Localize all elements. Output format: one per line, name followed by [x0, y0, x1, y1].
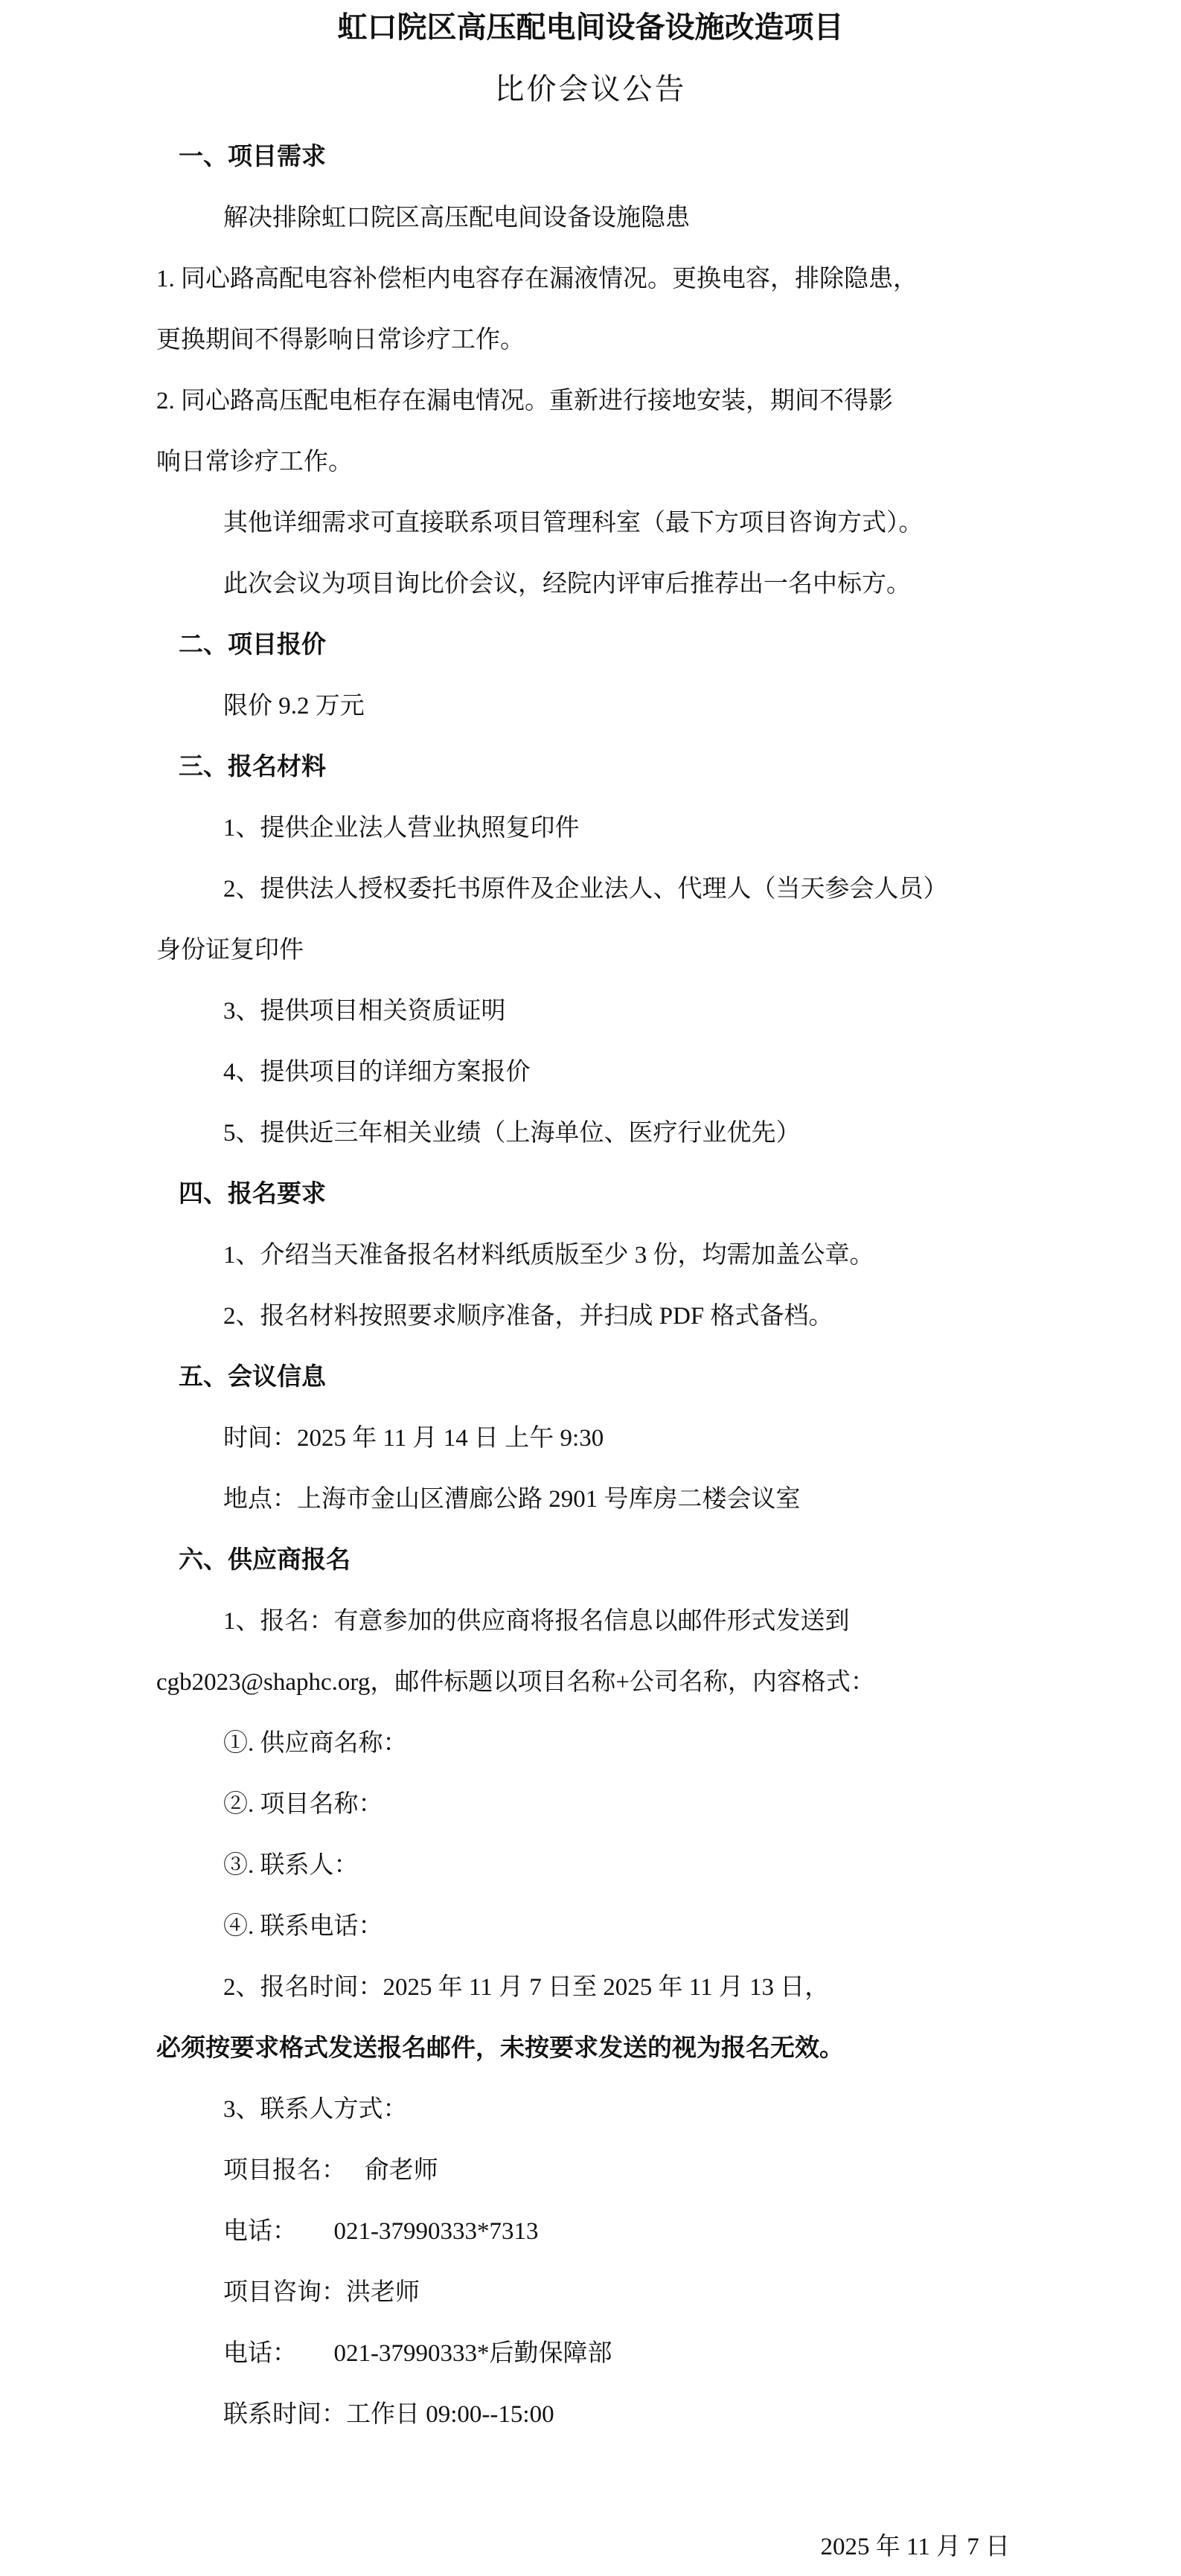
- doc-line: 其他详细需求可直接联系项目管理科室（最下方项目咨询方式）。: [0, 493, 1181, 554]
- doc-line-contact-phone: 电话： 021-37990333*后勤保障部: [0, 2323, 1181, 2384]
- doc-line-contact-phone: 电话： 021-37990333*7313: [0, 2201, 1181, 2262]
- doc-line-contact-hours: 联系时间：工作日 09:00--15:00: [0, 2384, 1181, 2445]
- doc-line: 更换期间不得影响日常诊疗工作。: [0, 310, 1181, 371]
- doc-line: ②. 项目名称：: [0, 1774, 1181, 1835]
- doc-line-contact-name: 项目咨询：洪老师: [0, 2262, 1181, 2323]
- doc-line: ④. 联系电话：: [0, 1896, 1181, 1957]
- section-heading-3: 三、报名材料: [0, 737, 1181, 798]
- doc-line: 2、报名时间：2025 年 11 月 7 日至 2025 年 11 月 13 日…: [0, 1957, 1181, 2018]
- doc-line: 1、报名：有意参加的供应商将报名信息以邮件形式发送到: [0, 1591, 1181, 1652]
- section-heading-1: 一、项目需求: [0, 126, 1181, 188]
- doc-line: ①. 供应商名称：: [0, 1713, 1181, 1774]
- doc-line: 4、提供项目的详细方案报价: [0, 1042, 1181, 1103]
- doc-date: 2025 年 11 月 7 日: [820, 2527, 1010, 2562]
- doc-line: 身份证复印件: [0, 920, 1181, 981]
- doc-line: 3、提供项目相关资质证明: [0, 981, 1181, 1042]
- doc-line: 2、提供法人授权委托书原件及企业法人、代理人（当天参会人员）: [0, 859, 1181, 920]
- doc-line: 时间：2025 年 11 月 14 日 上午 9:30: [0, 1408, 1181, 1469]
- section-heading-4: 四、报名要求: [0, 1164, 1181, 1225]
- doc-line doc-email-line: cgb2023@shaphc.org，邮件标题以项目名称+公司名称，内容格式：: [0, 1652, 1181, 1713]
- doc-line: 限价 9.2 万元: [0, 676, 1181, 737]
- doc-line: 5、提供近三年相关业绩（上海单位、医疗行业优先）: [0, 1103, 1181, 1164]
- document-page: 虹口院区高压配电间设备设施改造项目 比价会议公告 一、项目需求 解决排除虹口院区…: [0, 0, 1181, 2576]
- doc-line: ③. 联系人：: [0, 1835, 1181, 1896]
- doc-line: 1、介绍当天准备报名材料纸质版至少 3 份，均需加盖公章。: [0, 1225, 1181, 1286]
- doc-line: 解决排除虹口院区高压配电间设备设施隐患: [0, 188, 1181, 249]
- doc-line: 此次会议为项目询比价会议，经院内评审后推荐出一名中标方。: [0, 554, 1181, 615]
- doc-title: 虹口院区高压配电间设备设施改造项目: [0, 0, 1181, 52]
- doc-line: 地点：上海市金山区漕廊公路 2901 号库房二楼会议室: [0, 1469, 1181, 1530]
- doc-subtitle: 比价会议公告: [0, 52, 1181, 126]
- section-heading-5: 五、会议信息: [0, 1347, 1181, 1408]
- section-heading-2: 二、项目报价: [0, 615, 1181, 676]
- doc-line: 1. 同心路高配电容补偿柜内电容存在漏液情况。更换电容，排除隐患，: [0, 249, 1181, 310]
- doc-line: 2. 同心路高压配电柜存在漏电情况。重新进行接地安装，期间不得影: [0, 371, 1181, 432]
- doc-line: 1、提供企业法人营业执照复印件: [0, 798, 1181, 859]
- doc-line-warning: 必须按要求格式发送报名邮件，未按要求发送的视为报名无效。: [0, 2018, 1181, 2079]
- doc-line: 3、联系人方式：: [0, 2079, 1181, 2140]
- doc-line-contact-name: 项目报名： 俞老师: [0, 2140, 1181, 2201]
- doc-line: 响日常诊疗工作。: [0, 432, 1181, 493]
- section-heading-6: 六、供应商报名: [0, 1530, 1181, 1591]
- doc-line: 2、报名材料按照要求顺序准备，并扫成 PDF 格式备档。: [0, 1286, 1181, 1347]
- doc-body: 一、项目需求 解决排除虹口院区高压配电间设备设施隐患 1. 同心路高配电容补偿柜…: [0, 126, 1181, 2445]
